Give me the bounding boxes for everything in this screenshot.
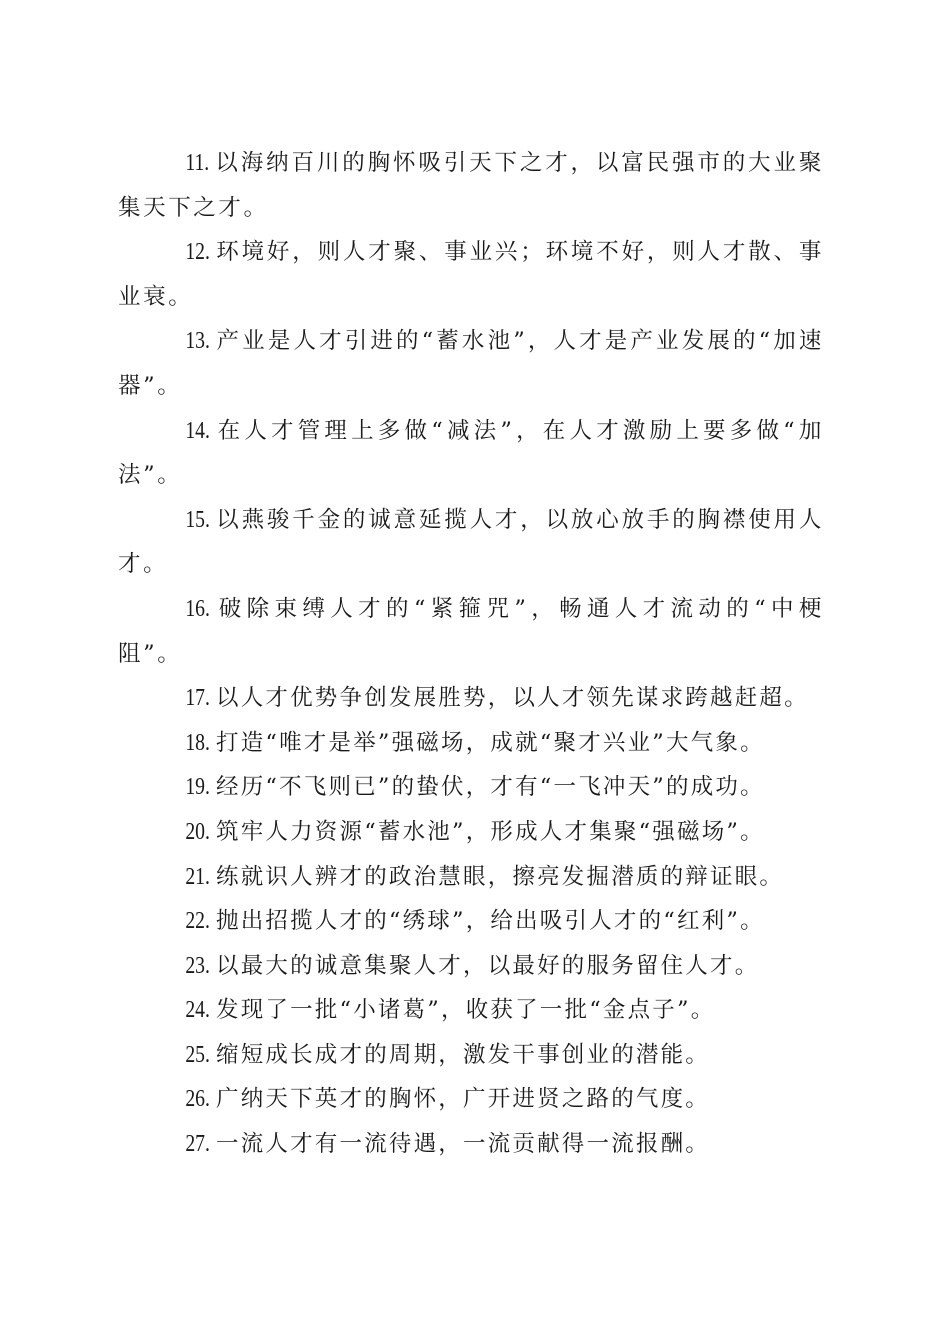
item-text: 缩短成长成才的周期，激发干事创业的潜能。 [216, 1042, 710, 1068]
list-item: 26.广纳天下英才的胸怀，广开进贤之路的气度。 [118, 1077, 824, 1122]
item-number: 27. [155, 1122, 210, 1167]
document-page: 11.以海纳百川的胸怀吸引天下之才，以富民强市的大业聚集天下之才。 12.环境好… [118, 141, 824, 1167]
item-number: 26. [155, 1077, 210, 1122]
list-item: 14.在人才管理上多做“减法”，在人才激励上要多做“加法”。 [118, 409, 824, 498]
list-item: 11.以海纳百川的胸怀吸引天下之才，以富民强市的大业聚集天下之才。 [118, 141, 824, 230]
item-number: 17. [155, 676, 210, 721]
list-item: 18.打造“唯才是举”强磁场，成就“聚才兴业”大气象。 [118, 721, 824, 766]
item-text: 以燕骏千金的诚意延揽人才，以放心放手的胸襟使用人才。 [118, 507, 824, 578]
item-text: 以海纳百川的胸怀吸引天下之才，以富民强市的大业聚集天下之才。 [118, 150, 824, 221]
list-item: 25.缩短成长成才的周期，激发干事创业的潜能。 [118, 1033, 824, 1078]
item-text: 打造“唯才是举”强磁场，成就“聚才兴业”大气象。 [216, 730, 765, 756]
item-number: 14. [155, 409, 210, 454]
item-text: 抛出招揽人才的“绣球”，给出吸引人才的“红利”。 [216, 908, 765, 934]
item-number: 23. [155, 944, 210, 989]
list-item: 23.以最大的诚意集聚人才，以最好的服务留住人才。 [118, 944, 824, 989]
item-text: 以最大的诚意集聚人才，以最好的服务留住人才。 [216, 953, 759, 979]
item-text: 以人才优势争创发展胜势，以人才领先谋求跨越赶超。 [216, 685, 809, 711]
list-item: 17.以人才优势争创发展胜势，以人才领先谋求跨越赶超。 [118, 676, 824, 721]
list-item: 27.一流人才有一流待遇，一流贡献得一流报酬。 [118, 1122, 824, 1167]
list-item: 20.筑牢人力资源“蓄水池”，形成人才集聚“强磁场”。 [118, 810, 824, 855]
list-item: 12.环境好，则人才聚、事业兴；环境不好，则人才散、事业衰。 [118, 230, 824, 319]
list-item: 19.经历“不飞则已”的蛰伏，才有“一飞冲天”的成功。 [118, 765, 824, 810]
item-text: 一流人才有一流待遇，一流贡献得一流报酬。 [216, 1131, 710, 1157]
item-number: 16. [155, 587, 210, 632]
item-text: 经历“不飞则已”的蛰伏，才有“一飞冲天”的成功。 [216, 774, 765, 800]
item-text: 筑牢人力资源“蓄水池”，形成人才集聚“强磁场”。 [216, 819, 765, 845]
item-text: 在人才管理上多做“减法”，在人才激励上要多做“加法”。 [118, 418, 824, 489]
list-item: 21.练就识人辨才的政治慧眼，擦亮发掘潜质的辩证眼。 [118, 855, 824, 900]
item-number: 11. [155, 141, 209, 186]
item-text: 产业是人才引进的“蓄水池”，人才是产业发展的“加速器”。 [118, 328, 824, 399]
item-number: 12. [155, 230, 210, 275]
item-text: 练就识人辨才的政治慧眼，擦亮发掘潜质的辩证眼。 [216, 864, 784, 890]
item-number: 21. [155, 855, 210, 900]
item-number: 24. [155, 988, 210, 1033]
item-number: 25. [155, 1033, 210, 1078]
item-number: 13. [155, 319, 210, 364]
item-text: 发现了一批“小诸葛”，收获了一批“金点子”。 [216, 997, 715, 1023]
item-text: 环境好，则人才聚、事业兴；环境不好，则人才散、事业衰。 [118, 239, 824, 310]
item-number: 22. [155, 899, 210, 944]
item-number: 15. [155, 498, 210, 543]
list-item: 24.发现了一批“小诸葛”，收获了一批“金点子”。 [118, 988, 824, 1033]
item-number: 18. [155, 721, 210, 766]
item-text: 广纳天下英才的胸怀，广开进贤之路的气度。 [216, 1086, 710, 1112]
list-item: 13.产业是人才引进的“蓄水池”，人才是产业发展的“加速器”。 [118, 319, 824, 408]
item-number: 19. [155, 765, 210, 810]
list-item: 16.破除束缚人才的“紧箍咒”，畅通人才流动的“中梗阻”。 [118, 587, 824, 676]
list-item: 15.以燕骏千金的诚意延揽人才，以放心放手的胸襟使用人才。 [118, 498, 824, 587]
item-number: 20. [155, 810, 210, 855]
item-text: 破除束缚人才的“紧箍咒”，畅通人才流动的“中梗阻”。 [118, 596, 824, 667]
list-item: 22.抛出招揽人才的“绣球”，给出吸引人才的“红利”。 [118, 899, 824, 944]
